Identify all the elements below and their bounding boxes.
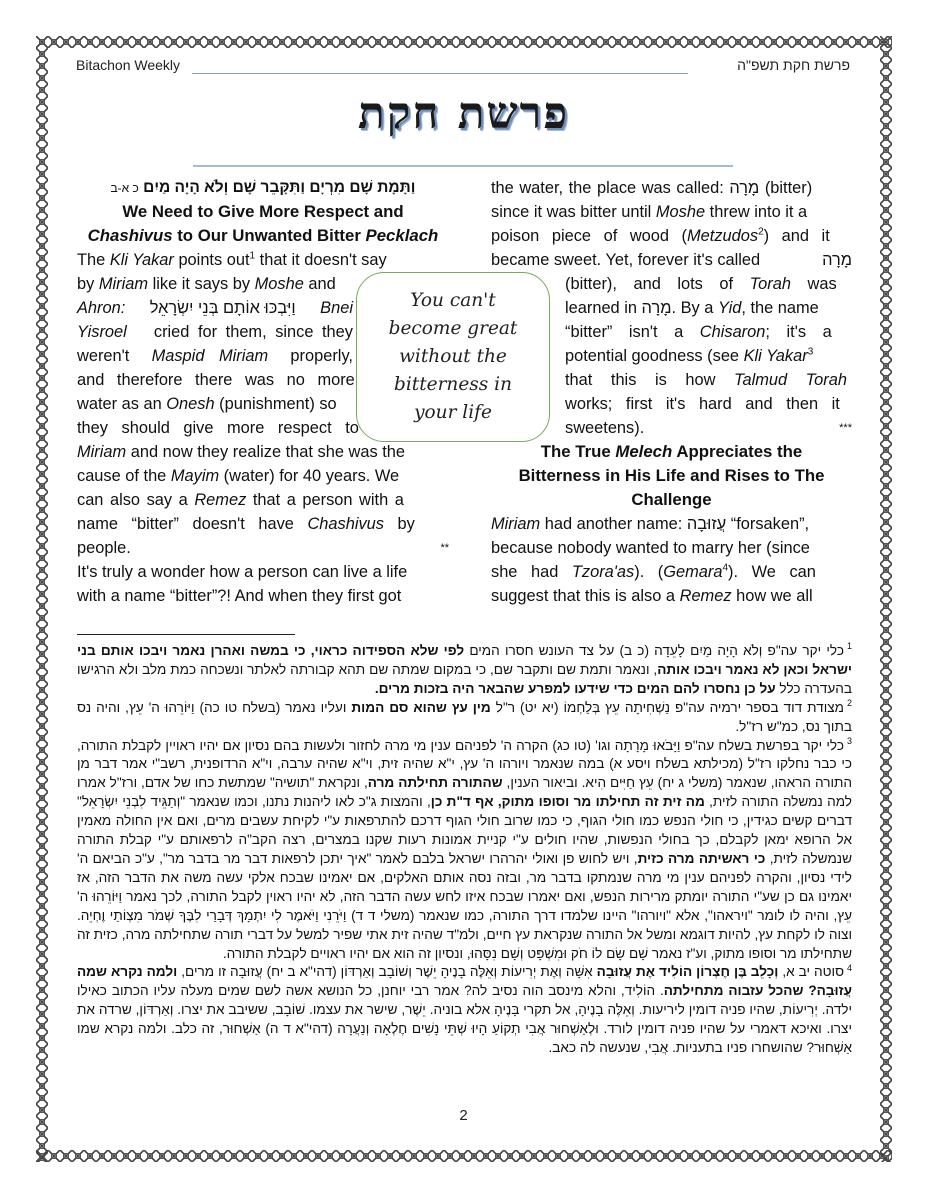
text-line: It's truly a wonder how a person can liv… (77, 560, 449, 584)
text: ) and it (764, 227, 830, 245)
hebrew-text: וַיִּבְכּוּ אוֹתָם בְּנֵי יִשְׂרָאֵל (150, 296, 296, 320)
term: Kli Yakar (110, 251, 174, 269)
text: cause of the (77, 467, 171, 485)
text-line: they should give more respect to (77, 416, 353, 440)
term: Mayim (171, 467, 219, 485)
pasuk-reference: כ א-ב (111, 181, 139, 195)
term: Yid (718, 299, 741, 317)
heading-line: Chashivus to Our Unwanted Bitter Pecklac… (77, 224, 449, 248)
term: Metzudos (687, 227, 758, 245)
text: The (77, 251, 110, 269)
right-column: the water, the place was called: מָרָה (… (491, 176, 852, 608)
term: Gemara (663, 563, 722, 581)
masthead-title: פרשת חקת (0, 88, 927, 139)
text: suggest that this is also a (491, 587, 680, 605)
heading-term: Melech (615, 442, 672, 461)
text: name “bitter” doesn't have (77, 515, 307, 533)
masthead-rule (193, 165, 733, 167)
text: since it was bitter until (491, 203, 656, 221)
hebrew-text: עֲזוּבָה (687, 515, 726, 533)
text: potential goodness (see (565, 347, 744, 365)
text-line: The Kli Yakar points out1 that it doesn'… (77, 248, 449, 272)
text: like it says by (148, 275, 255, 293)
heading-term: Pecklach (366, 226, 439, 245)
footnote-number: 1 (847, 641, 852, 651)
text-line: name “bitter” doesn't have Chashivus by (77, 512, 449, 536)
footnote-text: מצודת דוד בספר ירמיה עה"פ נַשְׁחִיתָה עֵ… (491, 700, 844, 715)
term: Chashivus (307, 515, 384, 533)
paragraph-4: Miriam had another name: עֲזוּבָה “forsa… (491, 512, 852, 608)
text: that it doesn't say (255, 251, 387, 269)
text: that a person with a (246, 491, 404, 509)
text-line: potential goodness (see Kli Yakar3 (565, 344, 852, 368)
text-line: by Miriam like it says by Moshe and (77, 272, 353, 296)
header-rule (192, 73, 688, 74)
footnote-4: 4סוטה יב א, וְכָלֵב בֶּן חֶצְרוֹן הוֹלִי… (77, 963, 852, 1058)
text: had another name: (540, 515, 687, 533)
footnote-body: מצודת דוד בספר ירמיה עה"פ נַשְׁחִיתָה עֵ… (77, 700, 852, 734)
section-end-marker: *** (839, 416, 852, 440)
term: Chisaron (700, 323, 766, 341)
text-line: sweetens).*** (565, 416, 852, 440)
text-line: (bitter), and lots of Torah was (565, 272, 852, 296)
heading-text: Appreciates the (672, 442, 802, 461)
heading-term: Chashivus (88, 226, 173, 245)
text: people. (77, 536, 131, 560)
footnote-body: כלי יקר בפרשת בשלח עה"פ וַיָּבֹאוּ מָרָת… (77, 738, 852, 961)
term: Moshe (656, 203, 705, 221)
term: Miriam (99, 275, 148, 293)
heading-line: Bitterness in His Life and Rises to The (491, 464, 852, 488)
text-line: Ahron:וַיִּבְכּוּ אוֹתָם בְּנֵי יִשְׂרָא… (77, 296, 353, 320)
text: was (791, 275, 837, 293)
text: became sweet. Yet, forever it's called (491, 248, 760, 272)
paragraph-3: the water, the place was called: מָרָה (… (491, 176, 852, 440)
text: (bitter), and lots of (565, 275, 750, 293)
footnote-text: סוטה יב א, (778, 964, 844, 979)
text: (water) for 40 years. We (219, 467, 399, 485)
parsha-date: פרשת חקת תשפ"ה (737, 57, 850, 73)
border-right (880, 36, 892, 1162)
text-line: poison piece of wood (Metzudos2) and it (491, 224, 852, 248)
text: by (77, 275, 99, 293)
text-line: the water, the place was called: מָרָה (… (491, 176, 852, 200)
article-heading-2: The True Melech Appreciates the Bitterne… (491, 440, 852, 512)
text-line: that this is how Talmud Torah (565, 368, 852, 392)
text-line: Miriam and now they realize that she was… (77, 440, 449, 464)
hebrew-text: מָרָה (822, 248, 852, 272)
border-left (36, 36, 48, 1162)
footnote-1: 1כלי יקר עה"פ וְלֹא הָיָה מַיִם לָעֵדָה … (77, 642, 852, 699)
text-line: “bitter” isn't a Chisaron; it's a (565, 320, 852, 344)
text: . By a (671, 299, 717, 317)
footnote-emphasis: מין עץ שהוא סם המות (351, 700, 490, 715)
text-line: weren't Maspid Miriam properly, (77, 344, 353, 368)
text: ). ( (634, 563, 663, 581)
footnote-number: 4 (847, 963, 852, 973)
border-bottom (36, 1150, 892, 1162)
text-line: suggest that this is also a Remez how we… (491, 584, 852, 608)
term: Miriam (77, 443, 126, 461)
text: she had (491, 563, 572, 581)
term: Tzora'as (572, 563, 634, 581)
text: threw into it a (705, 203, 807, 221)
text: that this is how (565, 371, 734, 389)
footnote-body: כלי יקר עה"פ וְלֹא הָיָה מַיִם לָעֵדָה (… (77, 643, 852, 696)
paragraph-2: It's truly a wonder how a person can liv… (77, 560, 449, 608)
term: Remez (680, 587, 732, 605)
indented-lines: (bitter), and lots of Torah was learned … (491, 272, 852, 440)
text: ). We can (728, 563, 816, 581)
text-line: cause of the Mayim (water) for 40 years.… (77, 464, 449, 488)
text: water as an (77, 395, 166, 413)
text-line: since it was bitter until Moshe threw in… (491, 200, 852, 224)
text: can also say a (77, 491, 194, 509)
heading-line: We Need to Give More Respect and (77, 200, 449, 224)
term: Bnei (320, 296, 353, 320)
text-line: with a name “bitter”?! And when they fir… (77, 584, 449, 608)
text: and now they realize that she was the (126, 443, 405, 461)
footnote-ref-3[interactable]: 3 (808, 347, 814, 358)
footnote-2: 2מצודת דוד בספר ירמיה עה"פ נַשְׁחִיתָה ע… (77, 699, 852, 737)
footnote-emphasis: על כן נחסרו להם המים כדי שידעו למפרע שהב… (375, 681, 776, 696)
text-line: she had Tzora'as). (Gemara4). We can (491, 560, 852, 584)
footnote-text: כלי יקר עה"פ וְלֹא הָיָה מַיִם לָעֵדָה (… (464, 643, 844, 658)
term: Ahron: (77, 296, 125, 320)
footnote-3: 3כלי יקר בפרשת בשלח עה"פ וַיָּבֹאוּ מָרָ… (77, 737, 852, 964)
publication-name: Bitachon Weekly (76, 57, 180, 73)
text-line: became sweet. Yet, forever it's called מ… (491, 248, 852, 272)
text: points out (174, 251, 250, 269)
text: cried for them, since they (145, 320, 353, 344)
text-line: because nobody wanted to marry her (sinc… (491, 536, 852, 560)
hebrew-text: מָרָה (729, 179, 759, 197)
text: (bitter) (759, 179, 812, 197)
text: weren't (77, 344, 129, 368)
text: sweetens). (565, 416, 644, 440)
text-line: Miriam had another name: עֲזוּבָה “forsa… (491, 512, 852, 536)
text: and (304, 275, 336, 293)
term: Remez (194, 491, 246, 509)
border-top (36, 36, 892, 48)
heading-text: to Our Unwanted Bitter (173, 226, 366, 245)
text: the water, the place was called: (491, 179, 729, 197)
footnote-body: סוטה יב א, וְכָלֵב בֶּן חֶצְרוֹן הוֹלִיד… (77, 964, 852, 1055)
pasuk-quote: וַתָּמָת שָׁם מִרְיָם וַתִּקָּבֵר שָׁם ו… (77, 176, 449, 200)
pasuk-text: וַתָּמָת שָׁם מִרְיָם וַתִּקָּבֵר שָׁם ו… (143, 179, 415, 196)
text-line: Yisroel cried for them, since they (77, 320, 353, 344)
text-line: and therefore there was no more (77, 368, 353, 392)
text-line: can also say a Remez that a person with … (77, 488, 449, 512)
term: Moshe (255, 275, 304, 293)
term: Onesh (166, 395, 214, 413)
footnote-emphasis: מה זית זה תחילתו מר וסופו מתוק, אף ד"ת כ… (431, 794, 705, 809)
footnote-number: 3 (847, 736, 852, 746)
text-line: learned in מָרָה. By a Yid, the name (565, 296, 852, 320)
heading-line: Challenge (491, 488, 852, 512)
page-header: Bitachon Weekly פרשת חקת תשפ"ה (76, 57, 850, 77)
footnote-emphasis: וְכָלֵב בֶּן חֶצְרוֹן הוֹלִיד אֶת עֲזוּב… (597, 964, 779, 979)
section-end-marker: ** (440, 536, 449, 560)
page-number: 2 (0, 1107, 927, 1124)
term: Yisroel (77, 320, 127, 344)
footnote-text: , ויש לחוש פן ואולי יהרהרו ישראל בלבם לא… (77, 851, 852, 961)
heading-text: The True (541, 442, 616, 461)
text: poison piece of wood ( (491, 227, 687, 245)
text: by (384, 515, 415, 533)
text-line: water as an Onesh (punishment) so (77, 392, 353, 416)
text: (punishment) so (215, 395, 337, 413)
term: Torah (750, 275, 791, 293)
text-line: people.** (77, 536, 449, 560)
text: properly, (290, 344, 353, 368)
text: , the name (741, 299, 818, 317)
term: Talmud Torah (734, 371, 847, 389)
text: “forsaken”, (726, 515, 809, 533)
term: Maspid Miriam (152, 344, 269, 368)
text: “bitter” isn't a (565, 323, 700, 341)
footnote-separator (77, 634, 295, 635)
text: ; it's a (765, 323, 831, 341)
article-heading-1: We Need to Give More Respect and Chashiv… (77, 200, 449, 248)
footnote-emphasis: שהתורה תחילתה מרה (368, 775, 503, 790)
text: learned in (565, 299, 642, 317)
term: Kli Yakar (744, 347, 808, 365)
footnote-emphasis: כי ראשיתה מרה כזית (638, 851, 766, 866)
footnotes-section: 1כלי יקר עה"פ וְלֹא הָיָה מַיִם לָעֵדָה … (77, 642, 852, 1058)
footnote-text: אִשָּׁה וְאֶת יְרִיעוֹת וְאֵלֶּה בָנֶיהָ… (177, 964, 596, 979)
text: how we all (732, 587, 813, 605)
text-line: works; first it's hard and then it (565, 392, 852, 416)
heading-line: The True Melech Appreciates the (491, 440, 852, 464)
term: Miriam (491, 515, 540, 533)
hebrew-text: מָרָה (642, 299, 672, 317)
footnote-number: 2 (847, 698, 852, 708)
